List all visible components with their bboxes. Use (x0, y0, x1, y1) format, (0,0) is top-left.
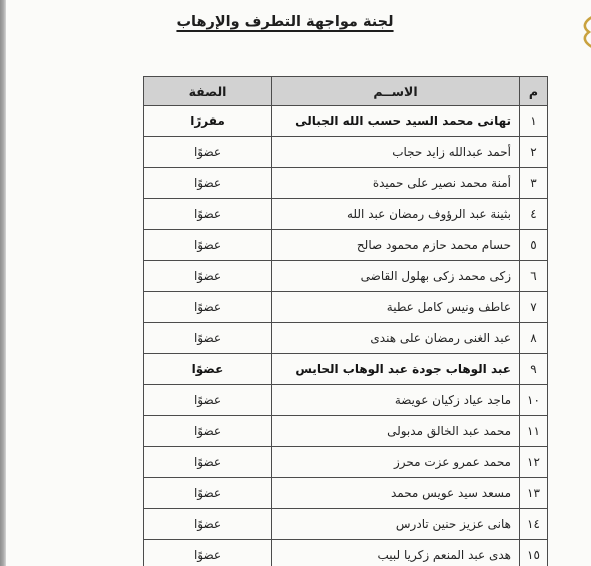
table-row: ٢ أحمد عبدالله زايد حجاب عضوًا (144, 137, 548, 168)
row-number: ٩ (520, 354, 548, 385)
row-role: عضوًا (144, 261, 272, 292)
row-number: ١٤ (520, 509, 548, 540)
row-role: عضوًا (144, 447, 272, 478)
table-row: ١٤ هانى عزيز حنين تادرس عضوًا (144, 509, 548, 540)
table-row: ٦ زكى محمد زكى بهلول القاضى عضوًا (144, 261, 548, 292)
table-row: ١٣ مسعد سيد عويس محمد عضوًا (144, 478, 548, 509)
row-number: ٥ (520, 230, 548, 261)
table-row: ١١ محمد عبد الخالق مدبولى عضوًا (144, 416, 548, 447)
row-role: عضوًا (144, 354, 272, 385)
row-role: عضوًا (144, 509, 272, 540)
row-role: عضوًا (144, 540, 272, 566)
table-row: ٤ بثينة عبد الرؤوف رمضان عبد الله عضوًا (144, 199, 548, 230)
table-row: ١٥ هدى عبد المنعم زكريا لبيب عضوًا (144, 540, 548, 566)
row-number: ٢ (520, 137, 548, 168)
gold-ornament-icon (580, 14, 591, 50)
row-number: ١٣ (520, 478, 548, 509)
row-name: عبد الوهاب جودة عبد الوهاب الحايس (272, 354, 520, 385)
row-role: عضوًا (144, 137, 272, 168)
row-name: مسعد سيد عويس محمد (272, 478, 520, 509)
row-name: بثينة عبد الرؤوف رمضان عبد الله (272, 199, 520, 230)
row-name: ماجد عياد زكيان عويضة (272, 385, 520, 416)
table-row: ١ تهانى محمد السيد حسب الله الجبالى مقرر… (144, 106, 548, 137)
row-number: ١١ (520, 416, 548, 447)
row-number: ٨ (520, 323, 548, 354)
table-row: ٩ عبد الوهاب جودة عبد الوهاب الحايس عضوً… (144, 354, 548, 385)
header-number: م (520, 77, 548, 106)
row-number: ٦ (520, 261, 548, 292)
page-title: لجنة مواجهة التطرف والإرهاب (160, 14, 410, 30)
row-role: عضوًا (144, 199, 272, 230)
row-role: عضوًا (144, 230, 272, 261)
header-role: الصفة (144, 77, 272, 106)
table-row: ٧ عاطف ونيس كامل عطية عضوًا (144, 292, 548, 323)
row-number: ١٥ (520, 540, 548, 566)
table-row: ١٠ ماجد عياد زكيان عويضة عضوًا (144, 385, 548, 416)
row-role: عضوًا (144, 478, 272, 509)
row-name: حسام محمد حازم محمود صالح (272, 230, 520, 261)
row-number: ٤ (520, 199, 548, 230)
row-name: أحمد عبدالله زايد حجاب (272, 137, 520, 168)
row-number: ٧ (520, 292, 548, 323)
row-role: عضوًا (144, 292, 272, 323)
table-row: ٨ عبد الغنى رمضان على هندى عضوًا (144, 323, 548, 354)
table-row: ٥ حسام محمد حازم محمود صالح عضوًا (144, 230, 548, 261)
row-role: عضوًا (144, 323, 272, 354)
row-name: عاطف ونيس كامل عطية (272, 292, 520, 323)
row-role: مقررًا (144, 106, 272, 137)
row-number: ١ (520, 106, 548, 137)
row-number: ١٠ (520, 385, 548, 416)
row-role: عضوًا (144, 168, 272, 199)
row-name: محمد عمرو عزت محرز (272, 447, 520, 478)
row-name: هدى عبد المنعم زكريا لبيب (272, 540, 520, 566)
row-role: عضوًا (144, 416, 272, 447)
row-name: أمنة محمد نصير على حميدة (272, 168, 520, 199)
row-number: ١٢ (520, 447, 548, 478)
table-row: ٣ أمنة محمد نصير على حميدة عضوًا (144, 168, 548, 199)
row-role: عضوًا (144, 385, 272, 416)
row-name: محمد عبد الخالق مدبولى (272, 416, 520, 447)
row-name: تهانى محمد السيد حسب الله الجبالى (272, 106, 520, 137)
table-row: ١٢ محمد عمرو عزت محرز عضوًا (144, 447, 548, 478)
row-name: عبد الغنى رمضان على هندى (272, 323, 520, 354)
table-header-row: م الاســم الصفة (144, 77, 548, 106)
row-name: هانى عزيز حنين تادرس (272, 509, 520, 540)
table-body: ١ تهانى محمد السيد حسب الله الجبالى مقرر… (144, 106, 548, 566)
members-table: م الاســم الصفة ١ تهانى محمد السيد حسب ا… (143, 76, 548, 566)
row-number: ٣ (520, 168, 548, 199)
header-name: الاســم (272, 77, 520, 106)
row-name: زكى محمد زكى بهلول القاضى (272, 261, 520, 292)
scan-edge-shadow (0, 0, 6, 566)
